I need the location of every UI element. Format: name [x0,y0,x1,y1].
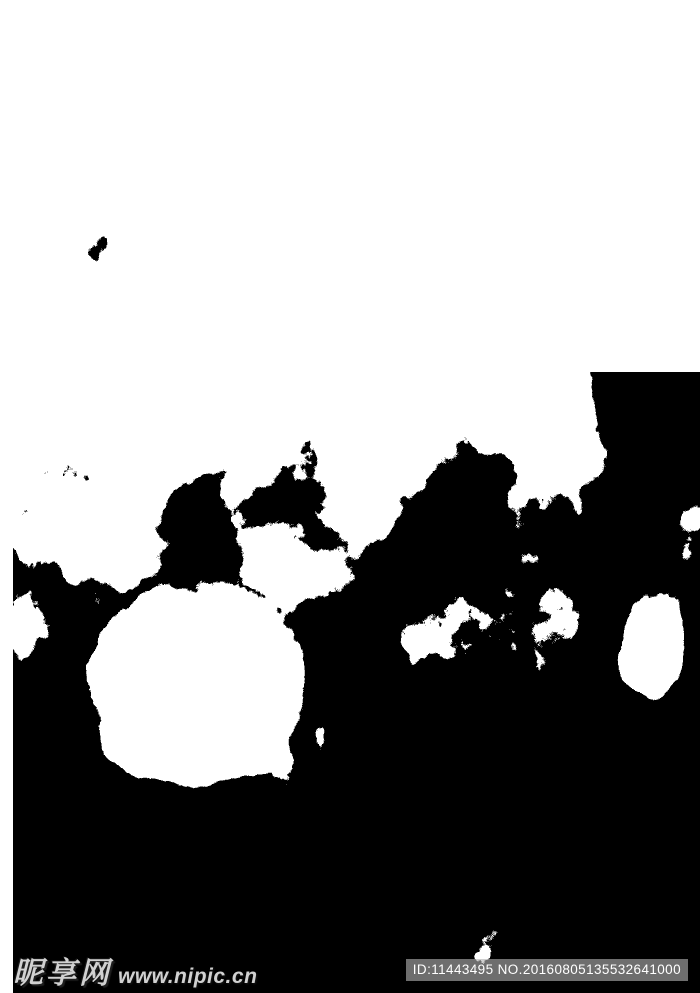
splatter-texture [0,0,700,993]
grunge-texture-image: 昵享网 www.nipic.cn ID:11443495 NO.20160805… [0,0,700,993]
